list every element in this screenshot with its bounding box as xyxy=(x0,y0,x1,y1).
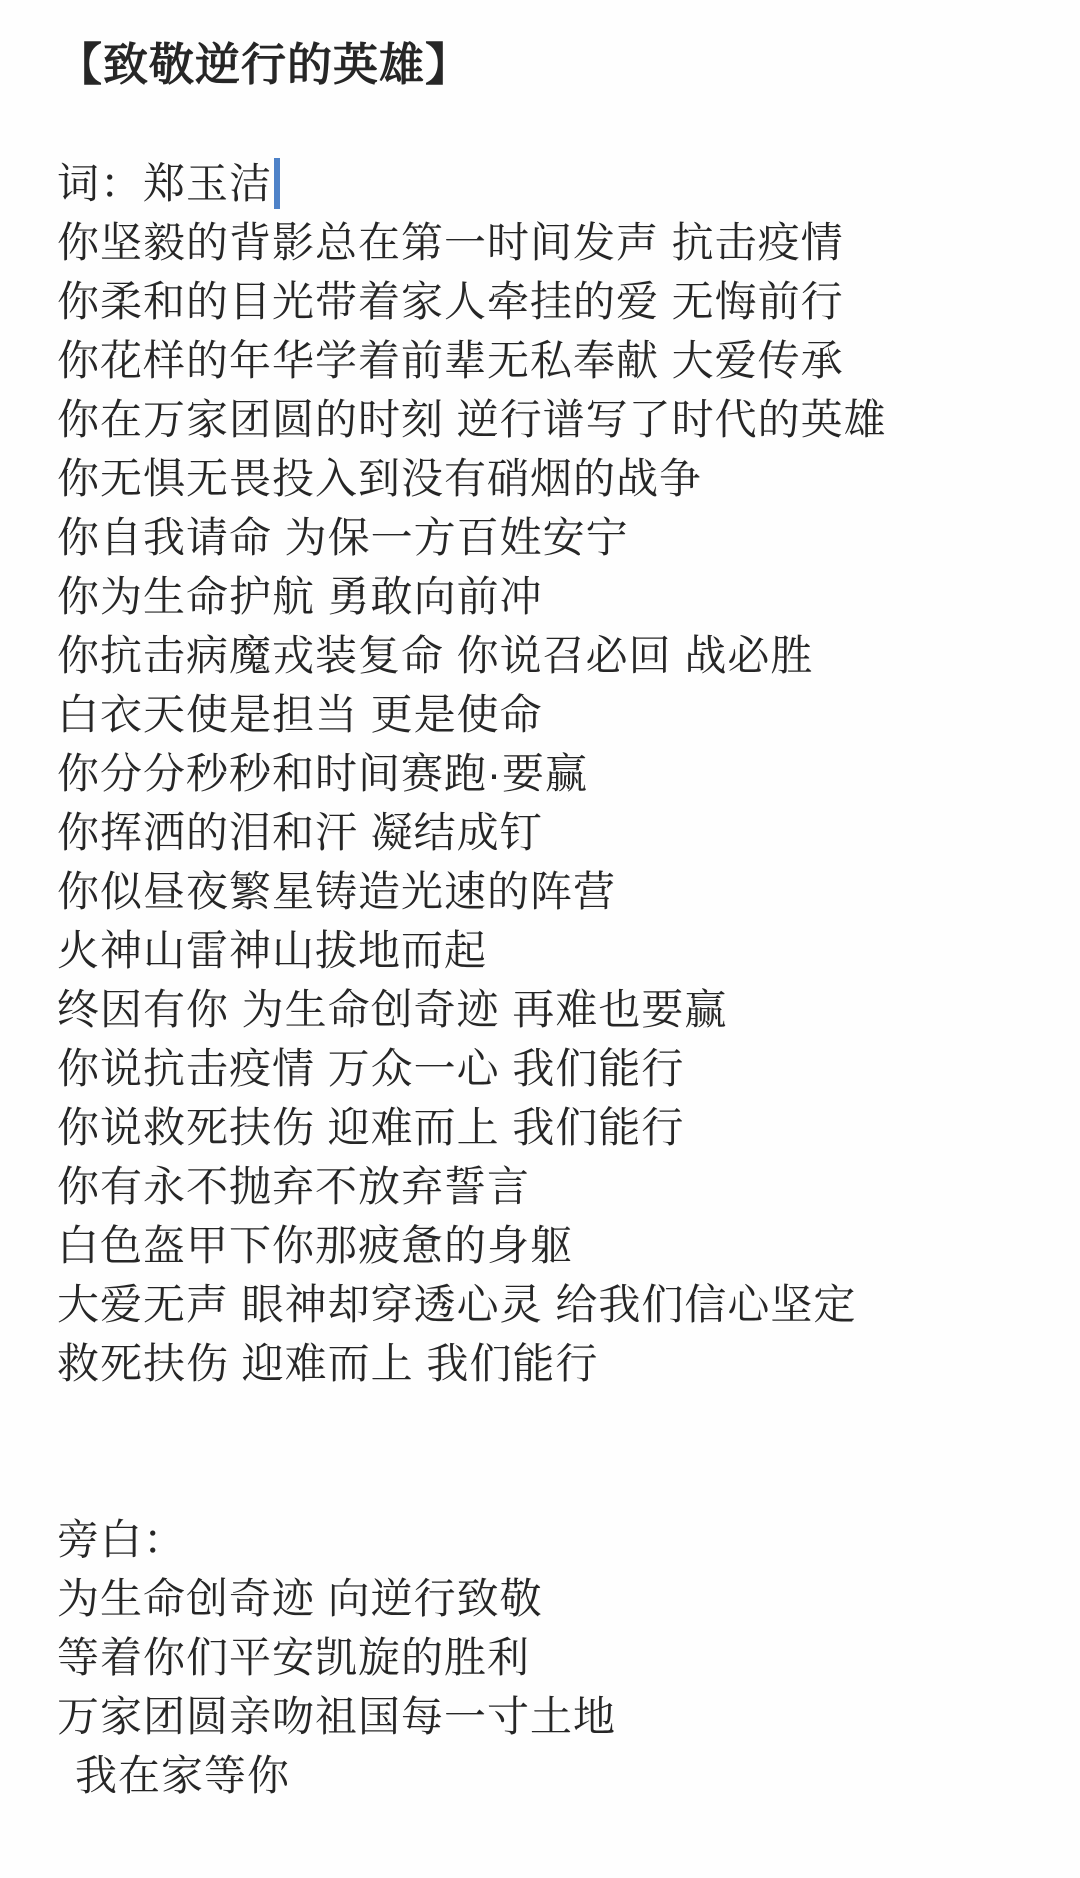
lyric-line: 大爱无声 眼神却穿透心灵 给我们信心坚定 xyxy=(57,1275,1040,1334)
lyric-line: 火神山雷神山拔地而起 xyxy=(57,921,1040,980)
narration-line: 万家团圆亲吻祖国每一寸土地 xyxy=(57,1687,1040,1746)
lyric-line: 你似昼夜繁星铸造光速的阵营 xyxy=(57,862,1040,921)
lyric-line: 你挥洒的泪和汗 凝结成钉 xyxy=(57,803,1040,862)
lyric-line: 白衣天使是担当 更是使命 xyxy=(57,685,1040,744)
lyric-line: 你分分秒秒和时间赛跑·要赢 xyxy=(57,744,1040,803)
narration-line: 为生命创奇迹 向逆行致敬 xyxy=(57,1569,1040,1628)
lyric-line: 白色盔甲下你那疲惫的身躯 xyxy=(57,1216,1040,1275)
lyric-line: 你自我请命 为保一方百姓安宁 xyxy=(57,508,1040,567)
lyrics-document[interactable]: 【致敬逆行的英雄】 词：郑玉洁 你坚毅的背影总在第一时间发声 抗击疫情 你柔和的… xyxy=(0,0,1080,1878)
lyric-line: 救死扶伤 迎难而上 我们能行 xyxy=(57,1334,1040,1393)
lyric-line: 终因有你 为生命创奇迹 再难也要赢 xyxy=(57,980,1040,1039)
lyric-line: 你为生命护航 勇敢向前冲 xyxy=(57,567,1040,626)
lyric-line: 你抗击病魔戎装复命 你说召必回 战必胜 xyxy=(57,626,1040,685)
text-cursor xyxy=(274,158,280,209)
lyric-line: 你柔和的目光带着家人牵挂的爱 无悔前行 xyxy=(57,272,1040,331)
narration-heading: 旁白： xyxy=(57,1510,1040,1569)
lyric-line: 你有永不抛弃不放弃誓言 xyxy=(57,1157,1040,1216)
lyric-line: 你无惧无畏投入到没有硝烟的战争 xyxy=(57,449,1040,508)
lyric-line: 你说救死扶伤 迎难而上 我们能行 xyxy=(57,1098,1040,1157)
page-title: 【致敬逆行的英雄】 xyxy=(57,34,1040,96)
lyric-line: 你花样的年华学着前辈无私奉献 大爱传承 xyxy=(57,331,1040,390)
lyric-line: 你在万家团圆的时刻 逆行谱写了时代的英雄 xyxy=(57,390,1040,449)
credit-label: 词：郑玉洁 xyxy=(57,154,272,213)
narration-block: 旁白： 为生命创奇迹 向逆行致敬 等着你们平安凯旋的胜利 万家团圆亲吻祖国每一寸… xyxy=(57,1510,1040,1805)
lyric-line: 你说抗击疫情 万众一心 我们能行 xyxy=(57,1039,1040,1098)
lyrics-block: 你坚毅的背影总在第一时间发声 抗击疫情 你柔和的目光带着家人牵挂的爱 无悔前行 … xyxy=(57,213,1040,1393)
narration-line: 我在家等你 xyxy=(57,1746,1040,1805)
credit-line: 词：郑玉洁 xyxy=(57,154,1040,213)
lyric-line: 你坚毅的背影总在第一时间发声 抗击疫情 xyxy=(57,213,1040,272)
narration-line: 等着你们平安凯旋的胜利 xyxy=(57,1628,1040,1687)
